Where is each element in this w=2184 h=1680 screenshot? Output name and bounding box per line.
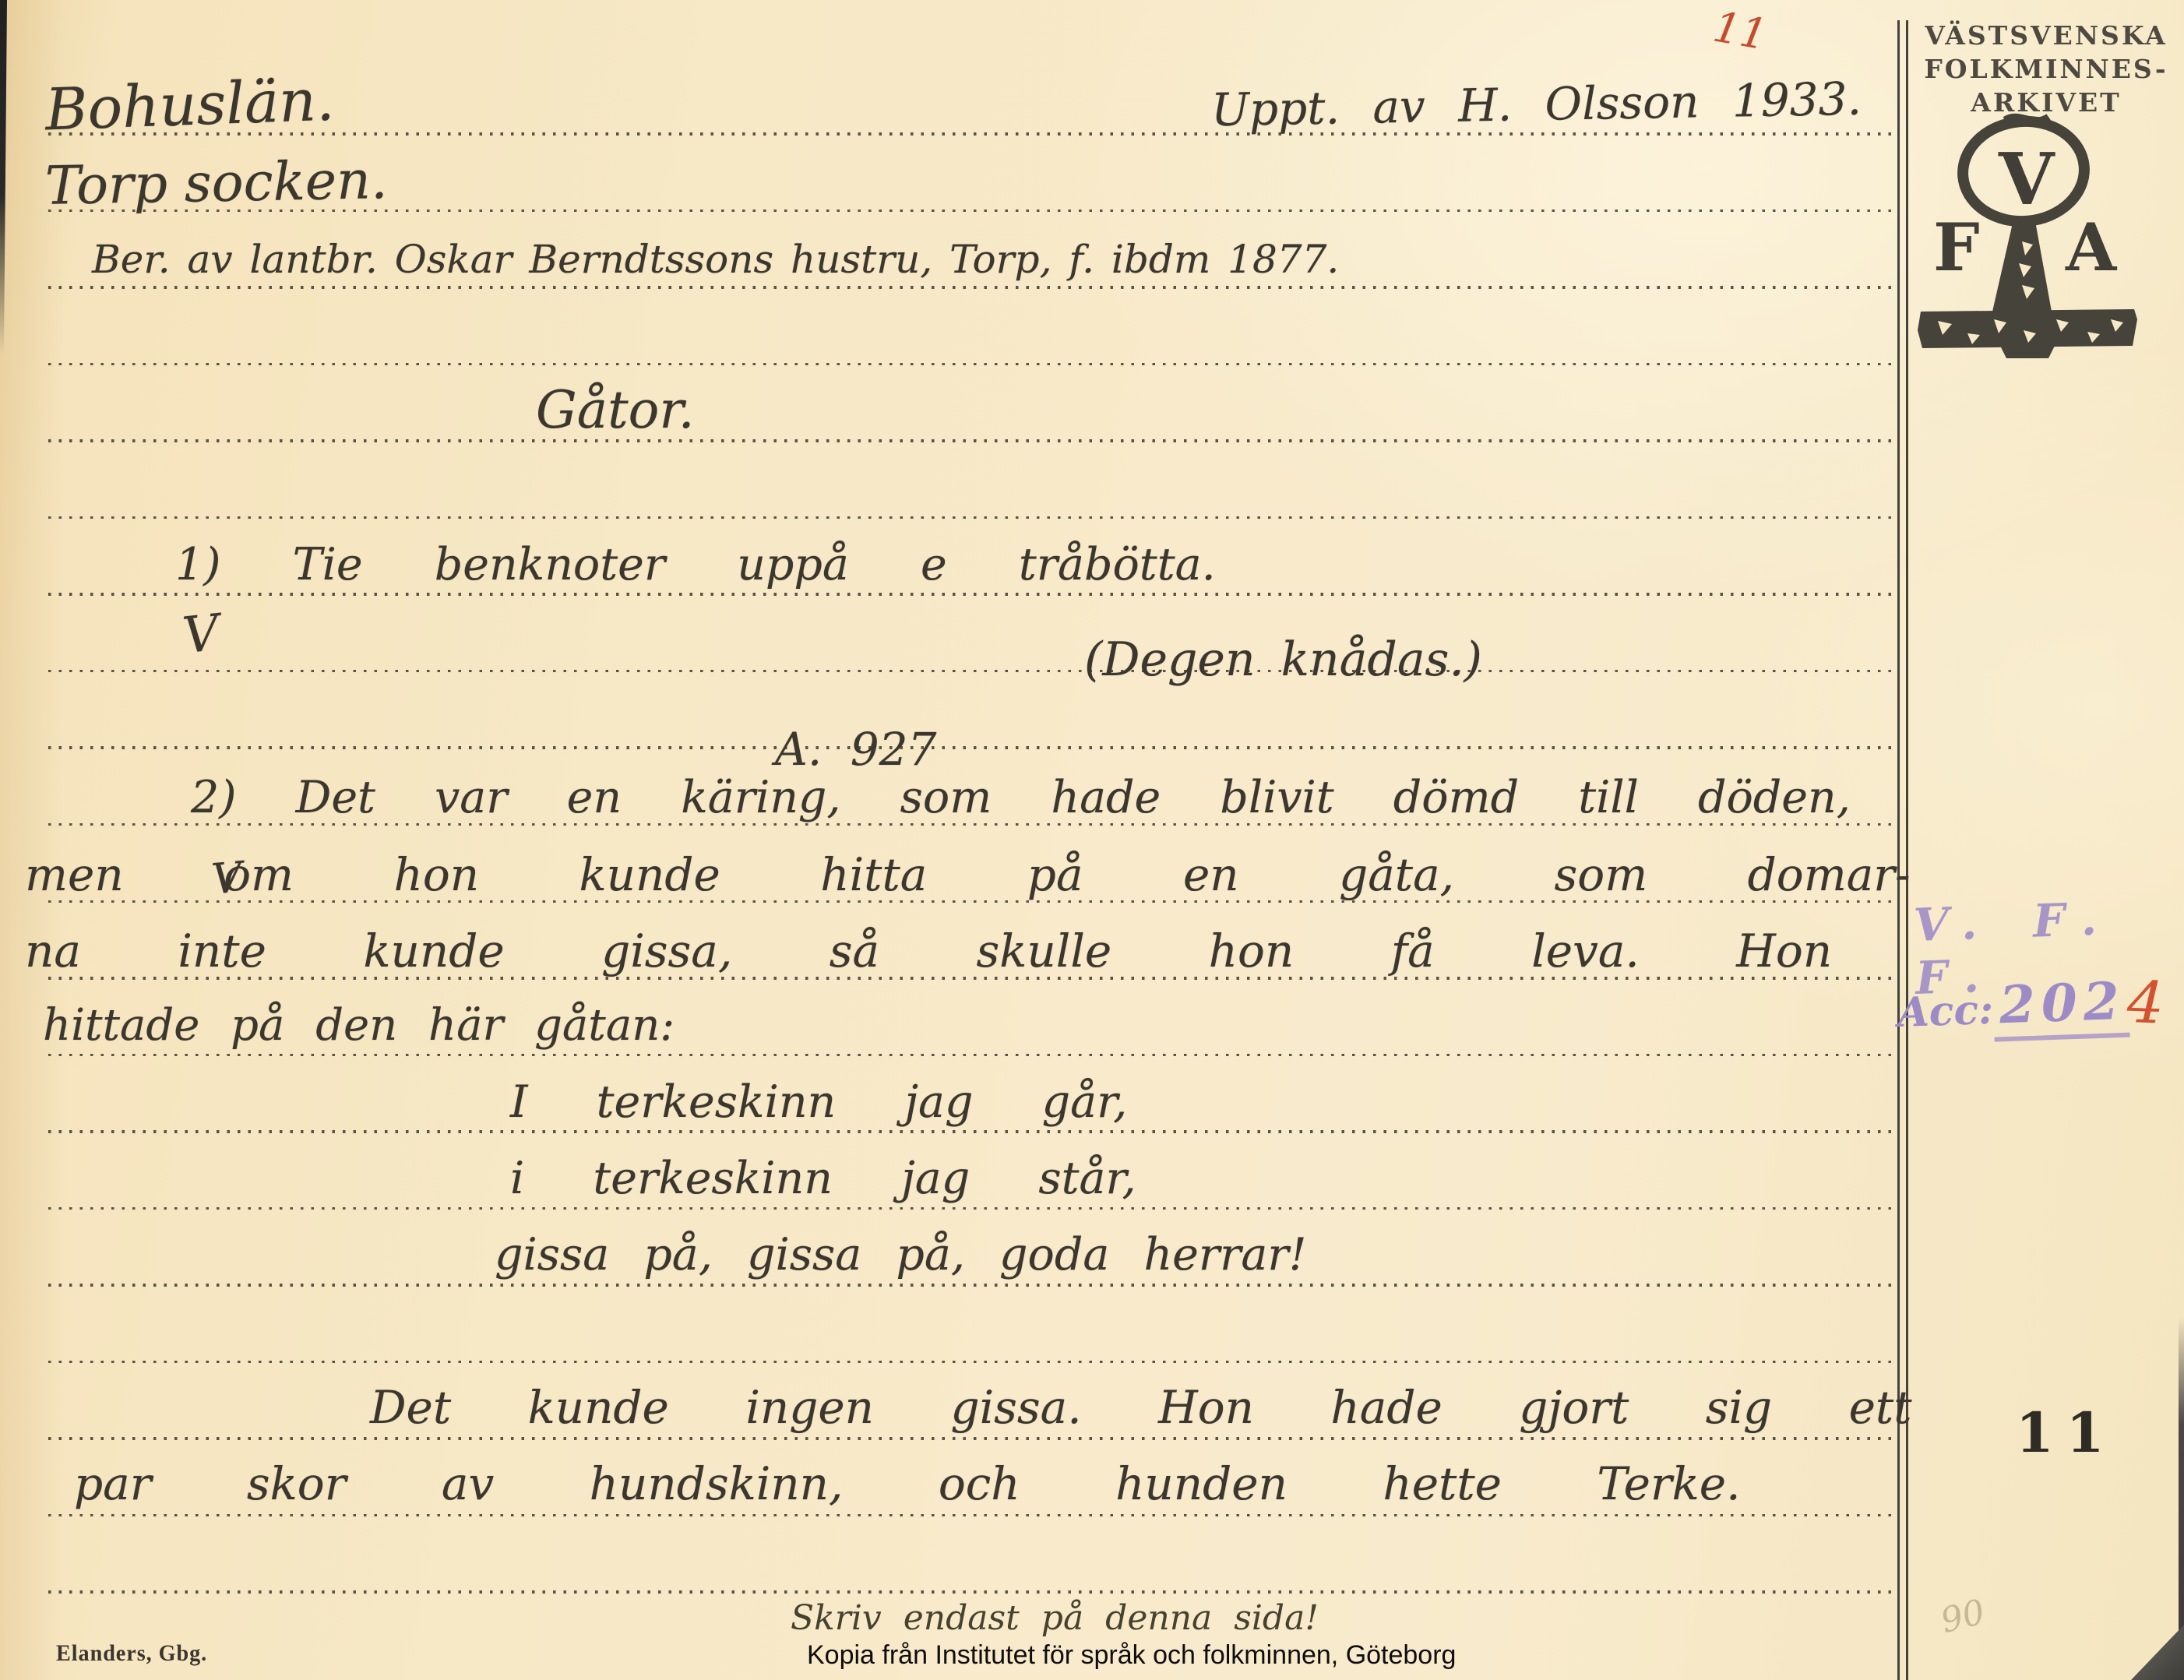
handwritten-riddle1: 1) Tie benknoter uppå e tråbötta. bbox=[175, 539, 1216, 590]
pencil-note: 90 bbox=[1937, 1592, 1989, 1641]
stamp-acc-label: Acc: bbox=[1897, 986, 1994, 1037]
handwritten-solution-line2: par skor av hundskinn, och hunden hette … bbox=[74, 1457, 1741, 1510]
logo-letter-f: F bbox=[1933, 209, 1980, 286]
handwritten-riddle2-line4: hittade på den här gåtan: bbox=[43, 1000, 675, 1051]
ruled-line bbox=[48, 1284, 1893, 1287]
scanned-page: Bohuslän. Torp socken. Ber. av lantbr. O… bbox=[0, 0, 2184, 1680]
ruled-line bbox=[48, 1130, 1893, 1133]
ruled-line bbox=[48, 1437, 1893, 1440]
handwritten-section-title: Gåtor. bbox=[536, 380, 695, 440]
write-only-this-side-instruction: Skriv endast på denna sida! bbox=[791, 1598, 1319, 1638]
ruled-line bbox=[48, 1590, 1893, 1594]
ruled-line bbox=[48, 1054, 1893, 1057]
ruled-line bbox=[48, 670, 1893, 673]
handwritten-region: Bohuslän. bbox=[44, 67, 336, 144]
ruled-line bbox=[48, 746, 1893, 749]
printed-page-number: 11 bbox=[2016, 1400, 2116, 1465]
scan-edge-right bbox=[2179, 1316, 2184, 1680]
letterhead: VÄSTSVENSKA FOLKMINNES- ARKIVET bbox=[1910, 19, 2182, 119]
handwritten-verse-line1: I terkeskinn jag går, bbox=[510, 1076, 1127, 1128]
letterhead-line2: FOLKMINNES- bbox=[1910, 52, 2182, 86]
handwritten-riddle1-checkmark: V bbox=[180, 604, 222, 665]
logo-letter-v: V bbox=[1999, 137, 2054, 221]
printer-imprint: Elanders, Gbg. bbox=[56, 1640, 207, 1667]
ruled-line bbox=[48, 1514, 1893, 1517]
handwritten-solution-line1: Det kunde ingen gissa. Hon hade gjort si… bbox=[370, 1381, 1912, 1434]
handwritten-page-number-red: 11 bbox=[1710, 2, 1771, 60]
ruled-line bbox=[48, 1207, 1893, 1210]
handwritten-archive-ref: A. 927 bbox=[775, 723, 936, 776]
handwritten-riddle2-line2: men om hon kunde hitta på en gåta, som d… bbox=[25, 848, 1911, 901]
letterhead-line1: VÄSTSVENSKA bbox=[1910, 19, 2182, 52]
handwritten-source-line: Ber. av lantbr. Oskar Berndtssons hustru… bbox=[92, 237, 1339, 282]
handwritten-verse-line3: gissa på, gissa på, goda herrar! bbox=[495, 1229, 1307, 1280]
ruled-line bbox=[48, 439, 1893, 442]
stamp-acc-number-red-digit: 4 bbox=[2126, 969, 2165, 1037]
ruled-line bbox=[48, 1361, 1893, 1364]
ruled-line bbox=[48, 593, 1893, 596]
stamp-accession: Acc:2024 bbox=[1897, 964, 2167, 1041]
handwritten-parish: Torp socken. bbox=[44, 150, 388, 217]
handwritten-verse-line2: i terkeskinn jag står, bbox=[510, 1153, 1136, 1204]
stamp-acc-number: 202 bbox=[1992, 970, 2130, 1042]
logo-letter-a: A bbox=[2066, 209, 2116, 286]
handwritten-riddle2-line1: 2) Det var en käring, som hade blivit dö… bbox=[191, 772, 1851, 823]
handwritten-recorded-by: Uppt. av H. Olsson 1933. bbox=[1210, 72, 1862, 137]
scan-edge-top-left bbox=[0, 0, 7, 354]
ruled-line bbox=[48, 286, 1893, 289]
ruled-line bbox=[48, 823, 1893, 826]
digitization-copy-note: Kopia från Institutet för språk och folk… bbox=[807, 1640, 1456, 1671]
handwritten-riddle2-line3: na inte kunde gissa, så skulle hon få le… bbox=[25, 925, 1832, 977]
ruled-line bbox=[48, 363, 1893, 366]
scan-corner-bottom-right bbox=[2131, 1625, 2184, 1680]
ruled-line bbox=[48, 516, 1893, 519]
handwritten-riddle1-answer: (Degen knådas.) bbox=[1084, 632, 1482, 687]
